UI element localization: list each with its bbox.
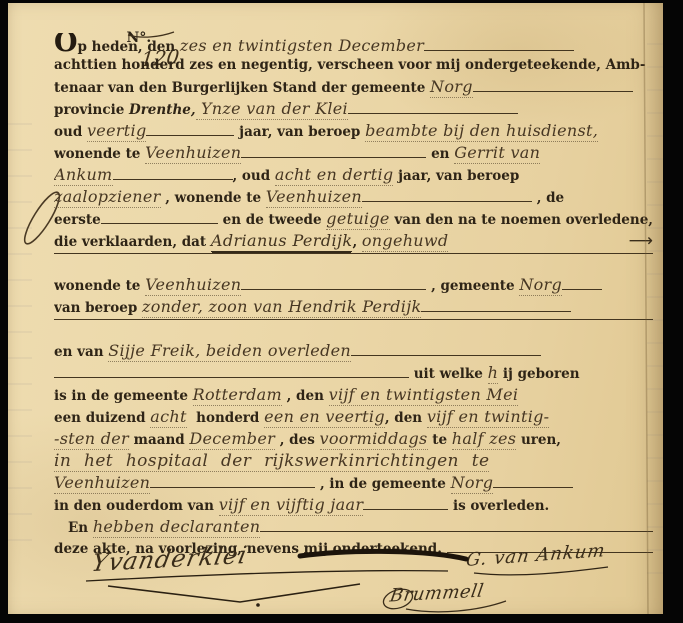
printed-text: te <box>428 430 452 450</box>
scan-frame: N°. 120 Op heden, den zes en twintigsten… <box>0 0 683 623</box>
doc-line: oud veertig jaar, van beroep beambte bij… <box>54 121 653 143</box>
printed-text: , den <box>282 386 329 406</box>
handwritten-text: acht en dertig <box>275 165 394 186</box>
initial-capital: O <box>54 33 78 53</box>
printed-text: en van <box>54 342 108 362</box>
fill-line <box>146 135 234 136</box>
handwritten-text: voormiddags <box>320 429 428 450</box>
printed-text: , oud <box>233 166 275 186</box>
handwritten-text: zaalopziener <box>54 187 161 208</box>
printed-text: uit welke <box>409 364 488 384</box>
handwritten-text-large: in het hospitaal der rijkswerkinrichting… <box>54 451 489 472</box>
printed-text: is overleden. <box>448 496 549 516</box>
doc-line: is in de gemeente Rotterdam , den vijf e… <box>54 385 653 407</box>
handwritten-name-underlined: Adrianus Perdijk <box>211 231 353 252</box>
fill-line <box>362 201 532 202</box>
printed-text-italic: Drenthe, <box>129 100 196 120</box>
doc-line: tenaar van den Burgerlijken Stand der ge… <box>54 77 653 99</box>
fill-line <box>351 355 541 356</box>
fill-line <box>562 289 602 290</box>
handwritten-text: vijf en vijftig jaar <box>219 495 364 516</box>
doc-line <box>54 253 653 275</box>
printed-text: honderd <box>187 408 264 428</box>
fill-line <box>421 311 571 312</box>
handwritten-text: Gerrit van <box>454 143 540 164</box>
fill-line <box>424 50 574 51</box>
handwritten-text: Norg <box>451 473 494 494</box>
handwritten-text: zonder, zoon van Hendrik Perdijk <box>142 297 422 318</box>
handwritten-text: vijf en twintigsten Mei <box>329 385 519 406</box>
signature-third: Brummell <box>388 580 485 606</box>
fill-line <box>101 223 218 224</box>
doc-line: een duizend acht honderd een en veertig,… <box>54 407 653 429</box>
printed-text: van den na te noemen overledene, <box>390 210 653 230</box>
doc-line: zaalopziener , wonende te Veenhuizen , d… <box>54 187 653 209</box>
fill-line <box>150 487 315 488</box>
doc-line: achttien honderd zes en negentig, versch… <box>54 55 653 77</box>
printed-text: van beroep <box>54 298 142 318</box>
printed-text: wonende te <box>54 144 145 164</box>
handwritten-text: veertig <box>87 121 147 142</box>
printed-text: , wonende te <box>161 188 266 208</box>
doc-line <box>54 319 653 341</box>
printed-text: en de tweede <box>218 210 326 230</box>
printed-text: en <box>426 144 454 164</box>
handwritten-text: Sijje Freik, beiden overleden <box>108 341 351 362</box>
printed-text: En <box>68 518 93 538</box>
doc-line: wonende te Veenhuizen , gemeente Norg <box>54 275 653 297</box>
handwritten-text: zes en twintigsten December <box>180 36 424 55</box>
document-body: Op heden, den zes en twintigsten Decembe… <box>54 33 653 561</box>
printed-text: provincie <box>54 100 129 120</box>
handwritten-text: Norg <box>430 77 473 98</box>
handwritten-text: Veenhuizen <box>54 473 150 494</box>
handwritten-text: Veenhuizen <box>266 187 362 208</box>
printed-text: jaar, van beroep <box>234 122 365 142</box>
handwritten-text: Ankum <box>54 165 113 186</box>
arrow-mark: ⟶ <box>629 231 653 251</box>
handwritten-text: Ynze van der Klei <box>196 99 348 120</box>
bleed-through-left <box>8 123 32 543</box>
handwritten-text: hebben declaranten <box>93 517 261 538</box>
printed-text: , des <box>275 430 319 450</box>
handwritten-text: Veenhuizen <box>145 275 241 296</box>
fill-line <box>241 289 426 290</box>
printed-text: die verklaarden, dat <box>54 232 211 252</box>
printed-text: is in de gemeente <box>54 386 193 406</box>
handwritten-text: acht <box>150 407 186 428</box>
doc-line: En hebben declaranten <box>54 517 653 539</box>
printed-text: achttien honderd zes en negentig, versch… <box>54 55 645 75</box>
fill-line <box>260 531 653 532</box>
handwritten-text: getuige <box>326 209 389 230</box>
doc-line: -sten der maand December , des voormidda… <box>54 429 653 451</box>
doc-line: eerste en de tweede getuige van den na t… <box>54 209 653 231</box>
handwritten-text: beambte bij den huisdienst, <box>365 121 598 142</box>
fill-line <box>363 509 448 510</box>
certificate-page: N°. 120 Op heden, den zes en twintigsten… <box>8 3 663 614</box>
printed-text: ij geboren <box>498 364 579 384</box>
handwritten-text: -sten der <box>54 429 129 450</box>
printed-text: eerste <box>54 210 101 230</box>
printed-text: , in de gemeente <box>315 474 450 494</box>
fill-line <box>113 179 233 180</box>
doc-line: wonende te Veenhuizen en Gerrit van <box>54 143 653 165</box>
doc-line: in het hospitaal der rijkswerkinrichting… <box>54 451 653 473</box>
doc-line: van beroep zonder, zoon van Hendrik Perd… <box>54 297 653 319</box>
doc-line: Veenhuizen , in de gemeente Norg <box>54 473 653 495</box>
printed-text: maand <box>129 430 189 450</box>
signature-paraph <box>108 584 360 602</box>
doc-line: provincie Drenthe, Ynze van der Klei <box>54 99 653 121</box>
doc-line: Ankum, oud acht en dertig jaar, van bero… <box>54 165 653 187</box>
handwritten-text: h <box>488 363 499 384</box>
printed-text: p heden, den <box>78 37 180 55</box>
printed-text: een duizend <box>54 408 150 428</box>
printed-text: wonende te <box>54 276 145 296</box>
handwritten-text: Norg <box>519 275 562 296</box>
handwritten-text: half zes <box>452 429 516 450</box>
signature-dot <box>256 603 260 607</box>
doc-line: uit welke h ij geboren <box>54 363 653 385</box>
printed-text: , <box>352 232 361 252</box>
printed-text: jaar, van beroep <box>393 166 519 186</box>
fill-line <box>493 487 573 488</box>
handwritten-text: een en veertig <box>264 407 385 428</box>
handwritten-text: vijf en twintig- <box>427 407 550 428</box>
printed-text: tenaar van den Burgerlijken Stand der ge… <box>54 78 430 98</box>
doc-line: in den ouderdom van vijf en vijftig jaar… <box>54 495 653 517</box>
handwritten-text: December <box>189 429 275 450</box>
printed-text: , de <box>532 188 564 208</box>
printed-text: oud <box>54 122 87 142</box>
printed-text: , den <box>385 408 427 428</box>
printed-text: in den ouderdom van <box>54 496 219 516</box>
fill-line <box>473 91 633 92</box>
doc-line: Op heden, den zes en twintigsten Decembe… <box>54 33 653 55</box>
fill-line <box>241 157 426 158</box>
doc-line: die verklaarden, dat Adrianus Perdijk, o… <box>54 231 653 253</box>
handwritten-text: Rotterdam <box>193 385 282 406</box>
fill-line <box>54 253 653 254</box>
handwritten-text: Veenhuizen <box>145 143 241 164</box>
fill-line <box>348 113 518 114</box>
printed-text: , gemeente <box>426 276 519 296</box>
fill-line <box>54 377 409 378</box>
printed-text: uren, <box>516 430 561 450</box>
handwritten-text: ongehuwd <box>362 231 449 252</box>
doc-line: en van Sijje Freik, beiden overleden <box>54 341 653 363</box>
fill-line <box>54 319 653 320</box>
